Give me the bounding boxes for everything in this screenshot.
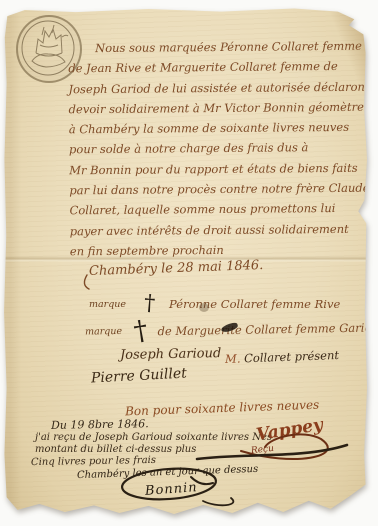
receipt-date: Du 19 8bre 1846.	[51, 417, 149, 432]
letter-line: Mr Bonnin pour du rapport et états de bi…	[69, 157, 369, 180]
mark-name: Péronne Collaret femme Rive	[169, 297, 340, 311]
letter-line: de Jean Rive et Marguerite Collaret femm…	[68, 56, 368, 79]
mark-label: marque	[85, 326, 122, 338]
letter-line: à Chambéry la somme de soixante livres n…	[69, 117, 369, 140]
paper-sheet: Nous sous marquées Péronne Collaret femm…	[3, 7, 367, 515]
ink-smudge	[199, 303, 209, 312]
letter-line: Nous sous marquées Péronne Collaret femm…	[68, 36, 368, 59]
mark-row-peronne: marque † Péronne Collaret femme Rive	[89, 293, 340, 315]
signature-collaret-present: M. Collaret présent	[225, 348, 339, 366]
bon-pour-line: Bon pour soixante livres neuves	[125, 398, 320, 419]
cross-mark-icon: †	[132, 317, 150, 346]
signature-prefix: M.	[225, 351, 241, 366]
ink-blot	[220, 322, 238, 334]
letter-line: devoir solidairement à Mr Victor Bonnin …	[69, 97, 369, 120]
signature-vappey: Vappey	[255, 415, 324, 445]
dateline: Chambéry le 28 mai 1846.	[89, 258, 264, 279]
scanned-document: Nous sous marquées Péronne Collaret femm…	[0, 0, 378, 526]
receipt-line: Cinq livres pour les frais	[31, 455, 156, 468]
cross-mark-icon: †	[143, 293, 156, 316]
mark-name: de Marguerite Collaret femme Gariod	[157, 320, 378, 338]
letter-line: en fin septembre prochain	[70, 239, 370, 262]
signature-name: Collaret présent	[244, 348, 339, 365]
receipt-line: j'ai reçu de Joseph Garioud soixante liv…	[35, 432, 272, 443]
diagonal-crease	[0, 146, 109, 288]
signature-flourishes	[3, 7, 367, 515]
signature-bonnin-circled: Bonnin	[145, 480, 199, 499]
receipt-line: montant du billet ci-dessus plus	[35, 444, 196, 455]
signature-garioud: Joseph Garioud	[120, 346, 222, 363]
letter-line: Joseph Gariod de lui assistée et autoris…	[68, 76, 368, 99]
letter-line: Collaret, laquelle somme nous promettons…	[69, 198, 369, 221]
receipt-place-line: Chambéry les an et jour que dessus	[77, 464, 258, 481]
signature-guillet: Pierre Guillet	[91, 366, 188, 387]
letter-line: par lui dans notre procès contre notre f…	[69, 178, 369, 201]
mark-row-marguerite: marque † de Marguerite Collaret femme Ga…	[85, 313, 378, 345]
mark-label: marque	[89, 299, 126, 310]
paper-surface: Nous sous marquées Péronne Collaret femm…	[3, 7, 367, 515]
embossed-seal-stamp-icon	[16, 15, 82, 83]
horizontal-fold-crease	[3, 256, 367, 262]
recu-note: Reçu	[251, 444, 275, 456]
letter-line: payer avec intérêts de droit aussi solid…	[70, 218, 370, 241]
letter-body: Nous sous marquées Péronne Collaret femm…	[68, 36, 370, 262]
letter-line: pour solde à notre charge des frais dus …	[69, 137, 369, 160]
